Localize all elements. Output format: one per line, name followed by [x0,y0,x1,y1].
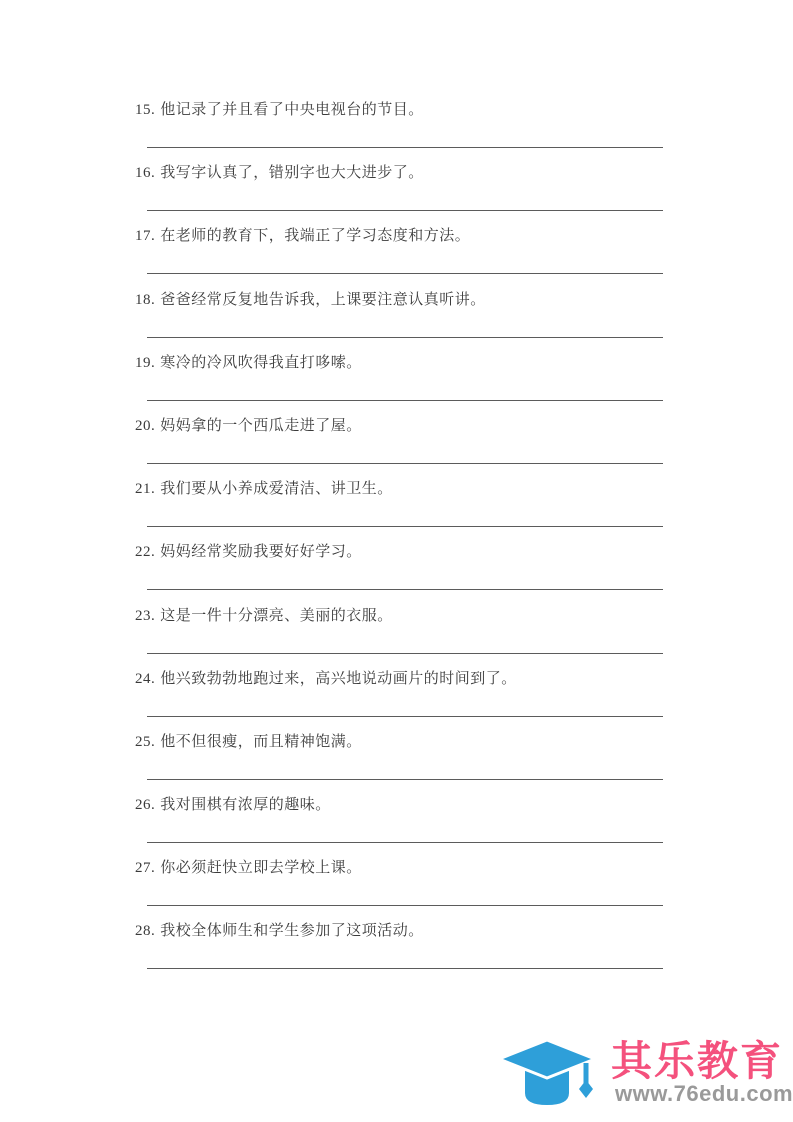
sentence-text: 21.我们要从小养成爱清洁、讲卫生。 [135,480,393,499]
answer-blank-line [147,147,663,148]
brand-url: www.76edu.com [611,1082,793,1106]
answer-blank-line [147,400,663,401]
sentence-item: 15.他记录了并且看了中央电视台的节目。 [135,101,675,164]
sentence-text: 26.我对围棋有浓厚的趣味。 [135,796,331,815]
answer-blank-line [147,968,663,969]
item-text: 这是一件十分漂亮、美丽的衣服。 [160,608,393,624]
sentence-text: 20.妈妈拿的一个西瓜走进了屋。 [135,417,362,436]
sentence-list: 15.他记录了并且看了中央电视台的节目。 16.我写字认真了，错别字也大大进步了… [135,101,675,986]
item-text: 他兴致勃勃地跑过来，高兴地说动画片的时间到了。 [160,671,517,687]
item-number: 21. [135,481,155,497]
item-text: 我校全体师生和学生参加了这项活动。 [160,923,424,939]
sentence-text: 19.寒冷的冷风吹得我直打哆嗦。 [135,354,362,373]
item-text: 妈妈拿的一个西瓜走进了屋。 [160,418,362,434]
sentence-text: 24.他兴致勃勃地跑过来，高兴地说动画片的时间到了。 [135,670,517,689]
item-number: 23. [135,608,155,624]
sentence-text: 28.我校全体师生和学生参加了这项活动。 [135,922,424,941]
item-number: 25. [135,734,155,750]
brand-logo: 其乐教育 www.76edu.com [495,1038,793,1116]
answer-blank-line [147,905,663,906]
item-text: 他记录了并且看了中央电视台的节目。 [160,102,424,118]
item-text: 我对围棋有浓厚的趣味。 [160,797,331,813]
sentence-item: 21.我们要从小养成爱清洁、讲卫生。 [135,480,675,543]
item-number: 24. [135,671,155,687]
sentence-text: 23.这是一件十分漂亮、美丽的衣服。 [135,607,393,626]
worksheet-page: 15.他记录了并且看了中央电视台的节目。 16.我写字认真了，错别字也大大进步了… [0,0,793,1122]
item-text: 我们要从小养成爱清洁、讲卫生。 [160,481,393,497]
answer-blank-line [147,779,663,780]
item-text: 寒冷的冷风吹得我直打哆嗦。 [160,355,362,371]
sentence-text: 27.你必须赶快立即去学校上课。 [135,859,362,878]
sentence-text: 16.我写字认真了，错别字也大大进步了。 [135,164,424,183]
sentence-text: 15.他记录了并且看了中央电视台的节目。 [135,101,424,120]
answer-blank-line [147,716,663,717]
item-text: 爸爸经常反复地告诉我，上课要注意认真听讲。 [160,292,486,308]
answer-blank-line [147,337,663,338]
sentence-item: 20.妈妈拿的一个西瓜走进了屋。 [135,417,675,480]
item-number: 18. [135,292,155,308]
sentence-item: 16.我写字认真了，错别字也大大进步了。 [135,164,675,227]
sentence-item: 25.他不但很瘦，而且精神饱满。 [135,733,675,796]
item-text: 你必须赶快立即去学校上课。 [160,860,362,876]
item-text: 我写字认真了，错别字也大大进步了。 [160,165,424,181]
sentence-item: 24.他兴致勃勃地跑过来，高兴地说动画片的时间到了。 [135,670,675,733]
sentence-item: 18.爸爸经常反复地告诉我，上课要注意认真听讲。 [135,291,675,354]
graduation-cap-icon [495,1038,599,1116]
item-number: 20. [135,418,155,434]
item-text: 妈妈经常奖励我要好好学习。 [160,544,362,560]
sentence-item: 26.我对围棋有浓厚的趣味。 [135,796,675,859]
sentence-text: 17.在老师的教育下，我端正了学习态度和方法。 [135,227,470,246]
sentence-item: 28.我校全体师生和学生参加了这项活动。 [135,922,675,985]
answer-blank-line [147,842,663,843]
item-number: 19. [135,355,155,371]
sentence-text: 25.他不但很瘦，而且精神饱满。 [135,733,362,752]
sentence-item: 17.在老师的教育下，我端正了学习态度和方法。 [135,227,675,290]
answer-blank-line [147,589,663,590]
item-number: 27. [135,860,155,876]
answer-blank-line [147,273,663,274]
brand-text-block: 其乐教育 www.76edu.com [611,1038,793,1106]
answer-blank-line [147,526,663,527]
sentence-text: 18.爸爸经常反复地告诉我，上课要注意认真听讲。 [135,291,486,310]
answer-blank-line [147,463,663,464]
item-number: 22. [135,544,155,560]
sentence-item: 19.寒冷的冷风吹得我直打哆嗦。 [135,354,675,417]
item-number: 26. [135,797,155,813]
sentence-text: 22.妈妈经常奖励我要好好学习。 [135,543,362,562]
item-number: 28. [135,923,155,939]
item-number: 15. [135,102,155,118]
sentence-item: 23.这是一件十分漂亮、美丽的衣服。 [135,607,675,670]
item-text: 他不但很瘦，而且精神饱满。 [160,734,362,750]
answer-blank-line [147,653,663,654]
sentence-item: 27.你必须赶快立即去学校上课。 [135,859,675,922]
item-number: 17. [135,228,155,244]
sentence-item: 22.妈妈经常奖励我要好好学习。 [135,543,675,606]
item-text: 在老师的教育下，我端正了学习态度和方法。 [160,228,470,244]
item-number: 16. [135,165,155,181]
brand-name: 其乐教育 [611,1038,793,1084]
answer-blank-line [147,210,663,211]
